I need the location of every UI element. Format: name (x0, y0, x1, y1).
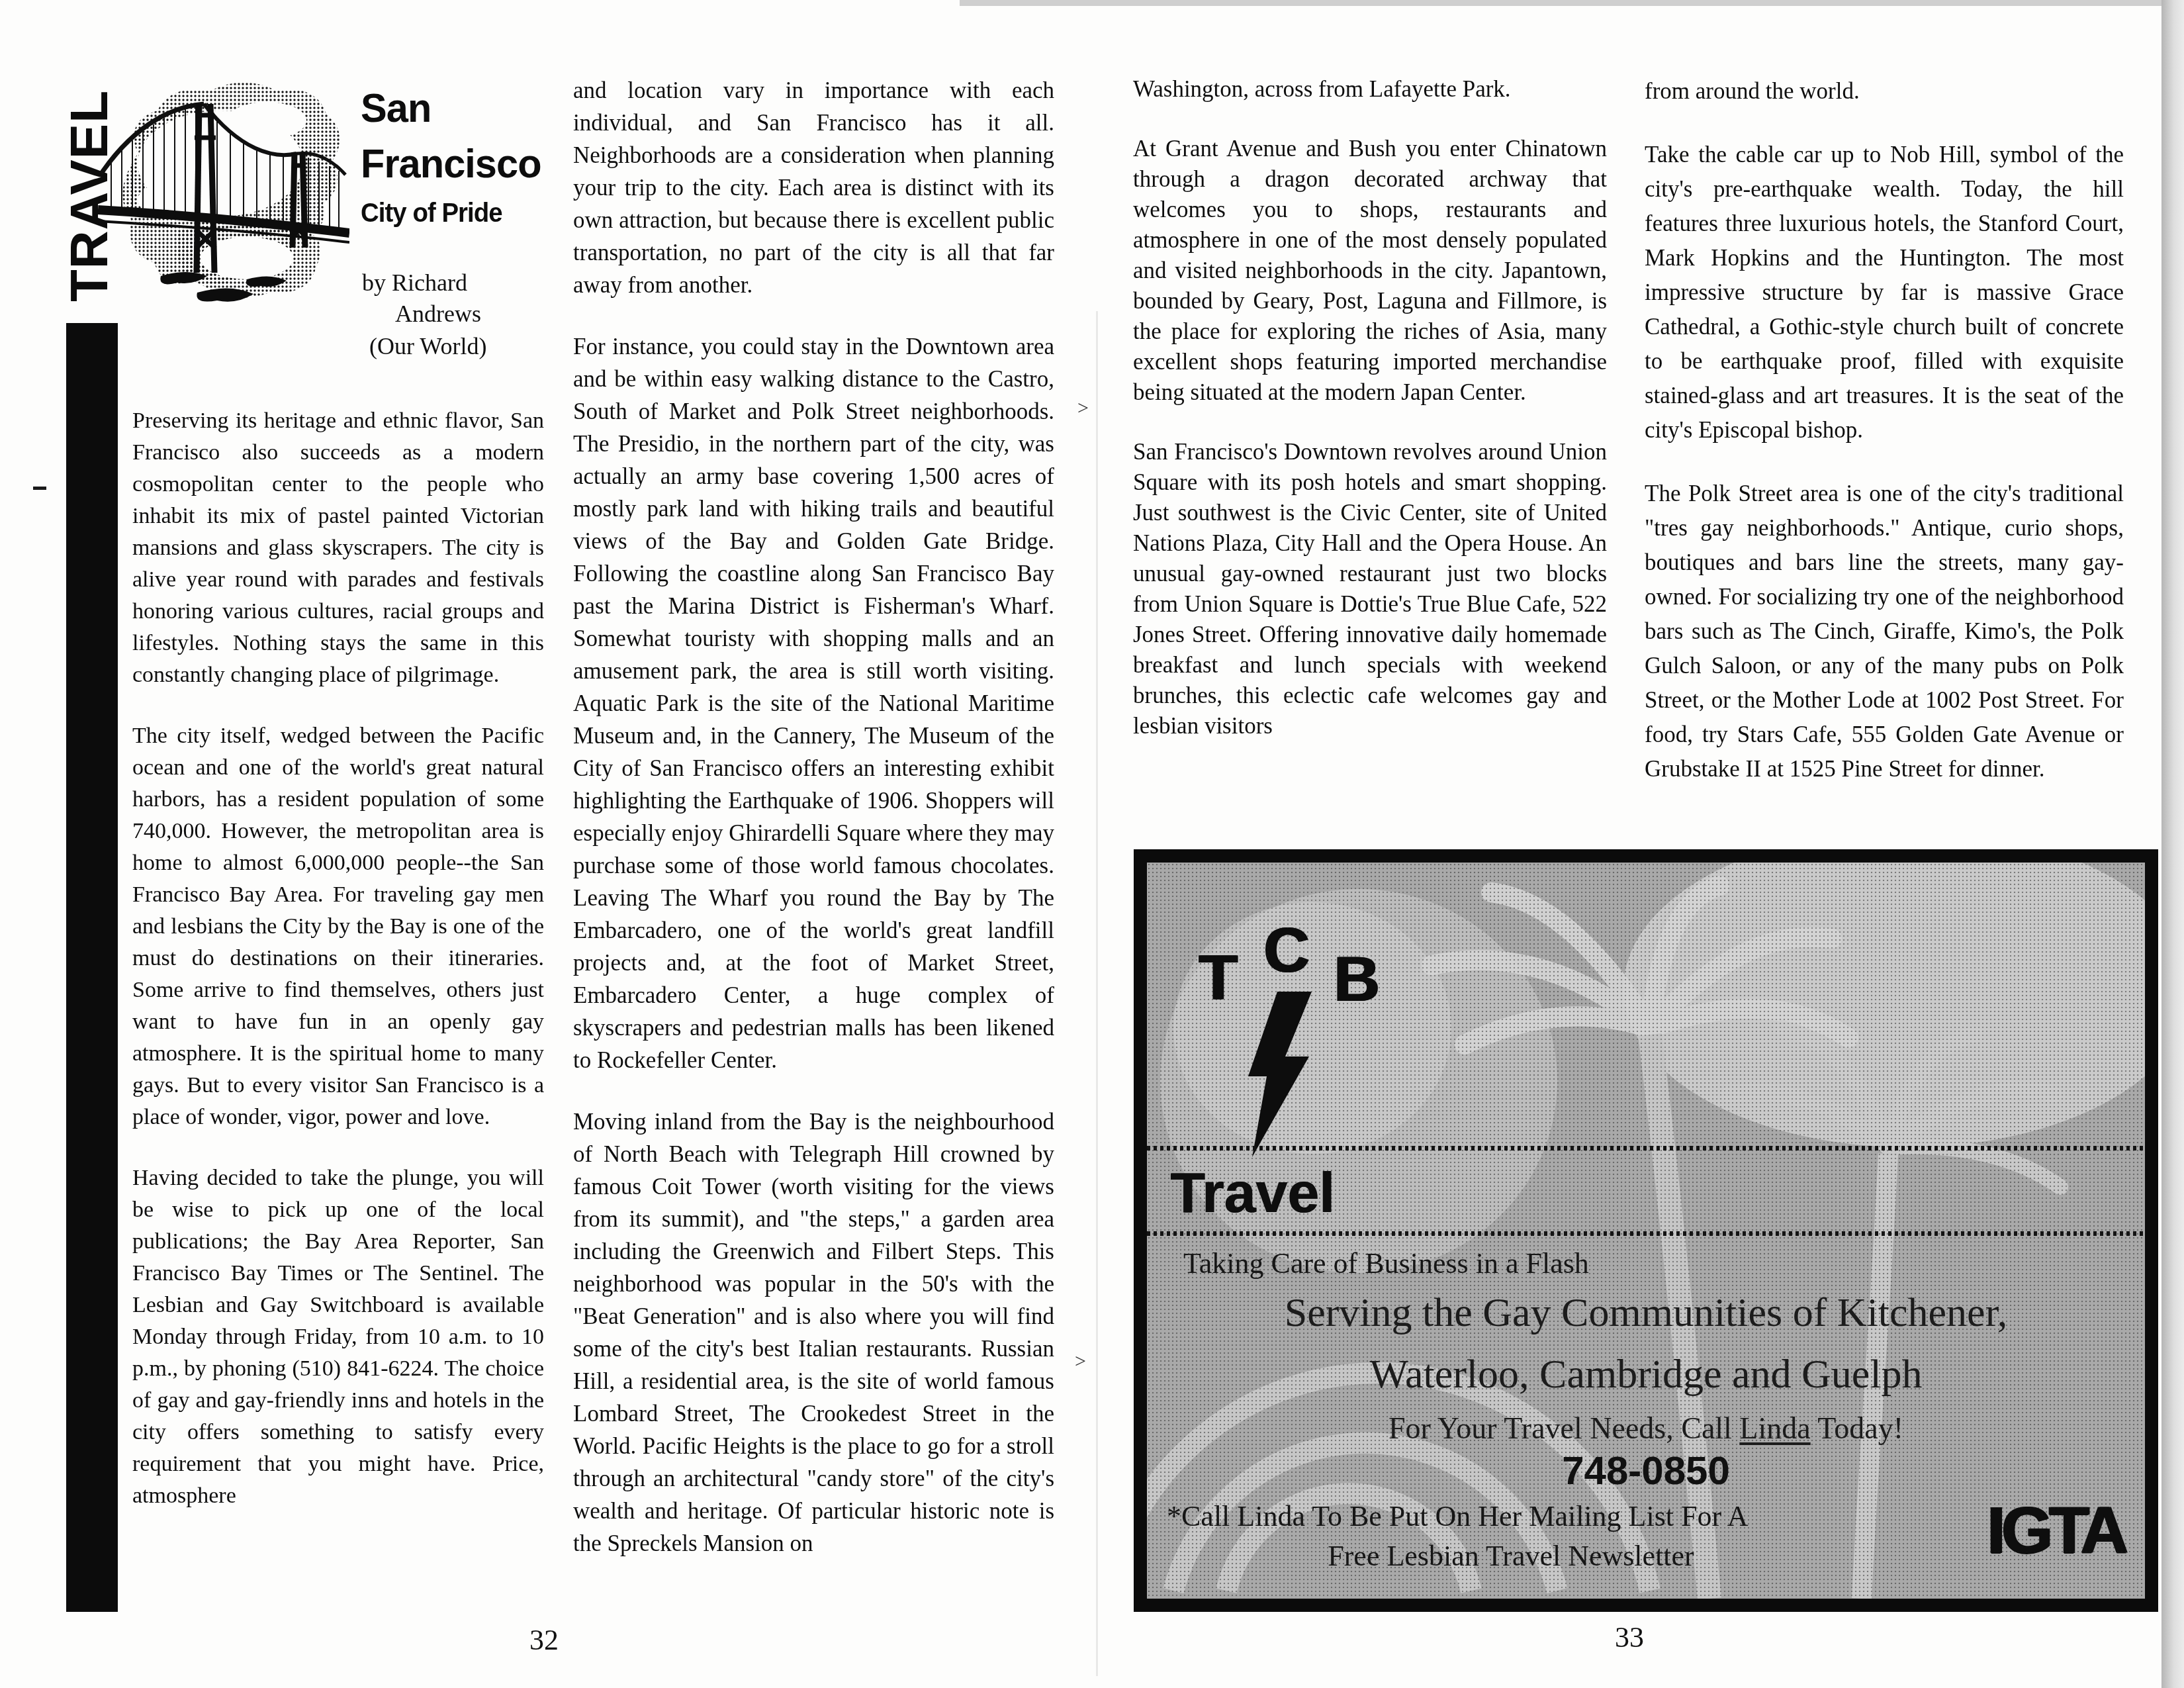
article-title-line2: Francisco (361, 140, 541, 187)
article-paragraph: Washington, across from Lafayette Park. (1133, 74, 1607, 105)
byline-line3: (Our World) (369, 332, 486, 360)
paper-edge-top (960, 0, 2184, 6)
sidebar-black-bar (66, 323, 118, 1612)
article-paragraph: The city itself, wedged between the Paci… (132, 720, 544, 1133)
article-paragraph: Having decided to take the plunge, you w… (132, 1162, 544, 1512)
article-paragraph: and location vary in importance with eac… (573, 74, 1054, 301)
tcb-logo-letter-t: T (1199, 942, 1238, 1015)
ad-headline-line2: Waterloo, Cambridge and Guelph (1147, 1351, 2145, 1398)
tcb-travel-ad: T C B Travel Taking Care of Business in … (1134, 849, 2158, 1612)
ad-cta-prefix: For Your Travel Needs, Call (1388, 1411, 1739, 1445)
margin-mark (33, 487, 46, 490)
article-paragraph: Moving inland from the Bay is the neighb… (573, 1105, 1054, 1560)
ad-call-to-action: For Your Travel Needs, Call Linda Today! (1147, 1411, 2145, 1446)
page-fold-line (1096, 311, 1098, 1676)
ad-headline-line1: Serving the Gay Communities of Kitchener… (1147, 1289, 2145, 1336)
article-paragraph: Preserving its heritage and ethnic flavo… (132, 405, 544, 691)
ad-note-line1: *Call Linda To Be Put On Her Mailing Lis… (1167, 1499, 1855, 1533)
tcb-travel-label: Travel (1170, 1160, 1335, 1226)
byline-line2: Andrews (395, 300, 481, 328)
ad-cta-suffix: Today! (1811, 1411, 1903, 1445)
article-paragraph: Take the cable car up to Nob Hill, symbo… (1645, 138, 2124, 447)
article-paragraph: At Grant Avenue and Bush you enter China… (1133, 134, 1607, 408)
article-paragraph: from around the world. (1645, 74, 2124, 109)
article-column-3: Washington, across from Lafayette Park. … (1133, 74, 1607, 741)
igta-logo: IGTA (1986, 1493, 2123, 1569)
page-number-left: 32 (529, 1623, 559, 1657)
ad-dotted-rule-bottom (1147, 1231, 2145, 1236)
page-number-right: 33 (1615, 1620, 1644, 1654)
magazine-spread: TRAVEL (0, 0, 2184, 1688)
article-paragraph: San Francisco's Downtown revolves around… (1133, 437, 1607, 741)
golden-gate-bridge-illustration (98, 74, 349, 316)
tcb-logo-letter-b: B (1334, 943, 1379, 1016)
article-subtitle: City of Pride (361, 199, 502, 228)
article-title-line1: San (361, 85, 431, 132)
margin-tick-mark: > (1077, 397, 1089, 420)
ad-content: T C B Travel Taking Care of Business in … (1147, 863, 2145, 1599)
ad-cta-name: Linda (1739, 1411, 1810, 1445)
ad-note-line2: Free Lesbian Travel Newsletter (1167, 1539, 1855, 1573)
article-paragraph: The Polk Street area is one of the city'… (1645, 477, 2124, 786)
byline-line1: by Richard (362, 269, 467, 297)
paper-edge-right (2161, 0, 2184, 1688)
article-column-2: and location vary in importance with eac… (573, 74, 1054, 1560)
margin-tick-mark: > (1075, 1350, 1086, 1373)
article-column-4: from around the world. Take the cable ca… (1645, 74, 2124, 786)
ad-phone-number: 748-0850 (1147, 1448, 2145, 1493)
tcb-logo-letter-c: C (1263, 914, 1309, 987)
ad-tagline: Taking Care of Business in a Flash (1183, 1246, 1589, 1280)
lightning-bolt-icon (1243, 992, 1316, 1157)
article-column-1: Preserving its heritage and ethnic flavo… (132, 405, 544, 1512)
ad-dotted-rule-top (1147, 1146, 2145, 1150)
article-paragraph: For instance, you could stay in the Down… (573, 330, 1054, 1076)
